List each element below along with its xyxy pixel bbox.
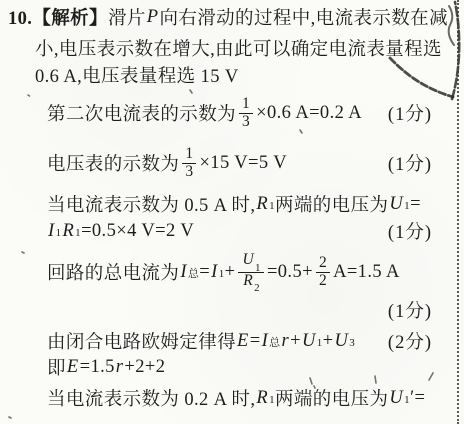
text-run: A=1.5 A (333, 262, 400, 283)
variable: U (241, 251, 255, 268)
solution-line: 当电流表示数为 0.5 A 时,R1 两端的电压为 U1= (0, 191, 452, 217)
text-run: ′= (410, 388, 425, 409)
variable: r (115, 357, 125, 378)
variable: P (146, 7, 160, 28)
text-run: 3 (185, 163, 193, 180)
fraction-denominator: 3 (239, 114, 253, 131)
solution-line: I1R1=0.5×4 V=2 V(1分) (0, 218, 452, 244)
solution-line: 0.6 A,电压表量程选 15 V (0, 62, 452, 88)
variable: I (47, 221, 56, 242)
variable: R (255, 388, 269, 409)
score-badge: (1分) (388, 297, 452, 323)
solution-line: 当电流表示数为 0.2 A 时,R1 两端的电压为 U1′= (0, 385, 452, 411)
text-run: +2+2 (124, 357, 165, 378)
fraction-denominator: R2 (239, 273, 263, 292)
score-badge: (2分) (388, 328, 452, 354)
solution-line: 小,电压表示数在增大,由此可以确定电流表量程选 (0, 35, 452, 61)
variable: r (281, 331, 291, 352)
solution-line: 10.【解析】滑片 P 向右滑动的过程中,电流表示数在减 (0, 4, 452, 30)
variable: U (301, 331, 317, 352)
variable: E (66, 357, 80, 378)
subscript: 1 (56, 228, 62, 239)
variable: R (242, 272, 254, 289)
text-run: = (410, 194, 421, 215)
fraction: 13 (182, 146, 196, 180)
subscript: 1 (255, 262, 261, 274)
subscript: 1 (75, 228, 81, 239)
fraction-numerator: U1 (238, 252, 264, 272)
solution-line: 由闭合电路欧姆定律得 E=I总 r+U1+U3(2分) (0, 328, 452, 354)
variable: R (61, 221, 75, 242)
score-badge: (1分) (388, 150, 452, 176)
subscript: 1 (404, 201, 410, 212)
text-run: + (323, 331, 334, 352)
text-run: + (290, 331, 301, 352)
page-fold-dotted-line (457, 0, 459, 424)
subscript: 1 (404, 395, 410, 406)
subscript: 总 (188, 269, 199, 280)
subscript: 1 (317, 338, 323, 349)
text-run: 2 (319, 272, 327, 289)
fraction: U1R2 (238, 252, 264, 291)
subscript: 1 (219, 269, 225, 280)
variable: I (210, 262, 219, 283)
text-run: = (250, 331, 261, 352)
fraction-denominator: 3 (182, 164, 196, 181)
fraction-numerator: 2 (316, 255, 330, 273)
solution-line: 即 E=1.5r+2+2 (0, 354, 452, 380)
fraction-denominator: 2 (316, 273, 330, 290)
fraction-numerator: 1 (182, 146, 196, 164)
text-run: 即 (47, 354, 66, 380)
text-run: + (225, 262, 236, 283)
fraction: 22 (316, 255, 330, 289)
text-run: 3 (242, 113, 250, 130)
variable: U (388, 194, 404, 215)
solution-text-block: 10.【解析】滑片 P 向右滑动的过程中,电流表示数在减小,电压表示数在增大,由… (0, 0, 464, 424)
text-run: 滑片 (108, 4, 146, 30)
subscript: 1 (269, 201, 275, 212)
text-run: = (199, 262, 210, 283)
text-run: =0.5×4 V=2 V (81, 221, 194, 242)
text-run: =0.5+ (267, 262, 313, 283)
variable: U (334, 331, 350, 352)
text-run: 两端的电压为 (275, 385, 388, 411)
variable: I (261, 331, 270, 352)
variable: E (236, 331, 250, 352)
subscript: 1 (269, 395, 275, 406)
text-run: =1.5 (80, 357, 115, 378)
text-run: ×0.6 A=0.2 A (256, 103, 362, 124)
subscript: 总 (269, 338, 280, 349)
text-run: 当电流表示数为 0.2 A 时, (47, 385, 255, 411)
score-badge: (1分) (388, 100, 452, 126)
solution-line: (1分) (0, 297, 452, 323)
solution-line: 回路的总电流为 I总=I1+U1R2=0.5+22 A=1.5 A (0, 249, 452, 295)
text-run: 向右滑动的过程中,电流表示数在减 (159, 4, 448, 30)
variable: U (388, 388, 404, 409)
text-run: 当电流表示数为 0.5 A 时, (47, 191, 255, 217)
text-run: 回路的总电流为 (47, 259, 179, 285)
answer-key-page: 10.【解析】滑片 P 向右滑动的过程中,电流表示数在减小,电压表示数在增大,由… (0, 0, 464, 424)
text-run: 两端的电压为 (275, 191, 388, 217)
bold-label: 10.【解析】 (8, 4, 108, 30)
text-run: 1 (185, 145, 193, 162)
text-run: 第二次电流表的示数为 (47, 100, 236, 126)
text-run: 0.6 A,电压表量程选 15 V (35, 62, 239, 88)
variable: I (179, 262, 188, 283)
fraction: 13 (239, 96, 253, 130)
score-badge: (1分) (388, 218, 452, 244)
solution-line: 电压表的示数为13×15 V=5 V(1分) (0, 141, 452, 185)
subscript: 3 (349, 338, 355, 349)
text-run: 电压表的示数为 (47, 150, 179, 176)
solution-line: 第二次电流表的示数为13×0.6 A=0.2 A(1分) (0, 91, 452, 135)
text-run: 1 (242, 95, 250, 112)
text-run: 由闭合电路欧姆定律得 (47, 328, 236, 354)
fraction-numerator: 1 (239, 96, 253, 114)
text-run: ×15 V=5 V (199, 153, 287, 174)
text-run: 小,电压表示数在增大,由此可以确定电流表量程选 (35, 35, 442, 61)
text-run: 2 (319, 254, 327, 271)
subscript: 2 (254, 282, 260, 294)
variable: R (255, 194, 269, 215)
